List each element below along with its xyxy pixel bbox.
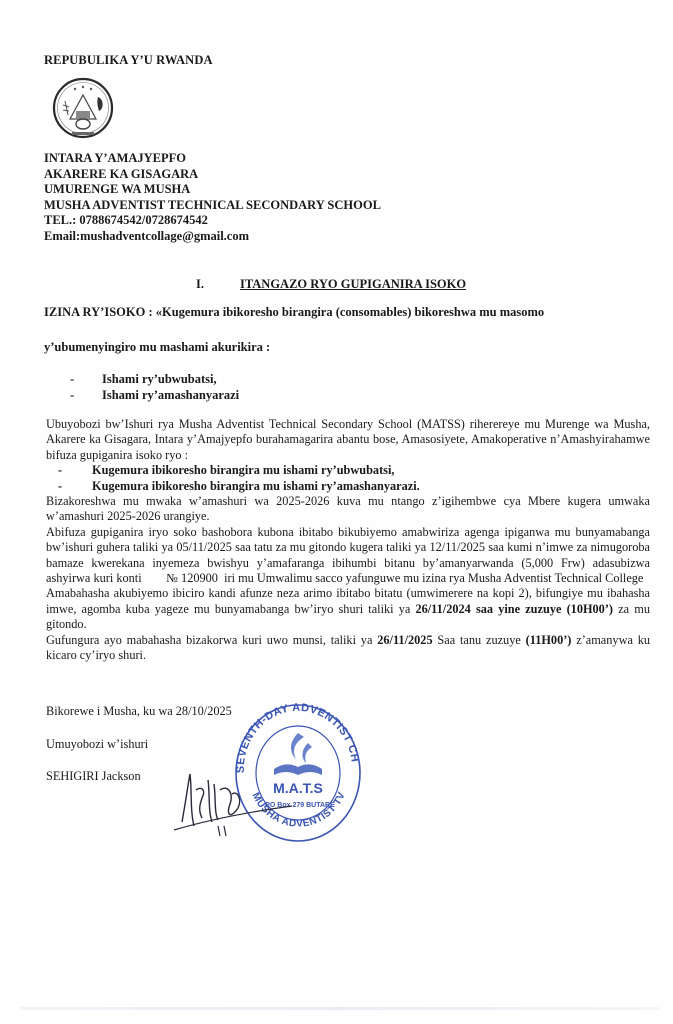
documents-paragraph: Abifuza gupiganira iryo soko bashobora k… <box>46 525 650 587</box>
school-name-line: MUSHA ADVENTIST TECHNICAL SECONDARY SCHO… <box>44 198 381 214</box>
section-number: I. <box>196 277 240 292</box>
tender-name-line2: y’ubumenyingiro mu mashami akurikira : <box>44 340 270 355</box>
tender-name-line1: IZINA RY’ISOKO : «Kugemura ibikoresho bi… <box>44 305 654 320</box>
country-heading: REPUBULIKA Y’U RWANDA <box>44 53 213 68</box>
opening-time: (11H00’) <box>526 633 572 647</box>
signatory-name: SEHIGIRI Jackson <box>46 769 141 784</box>
handwritten-signature <box>168 760 298 840</box>
list-item: -Kugemura ibikoresho birangira mu ishami… <box>46 479 650 494</box>
list-item: -Kugemura ibikoresho birangira mu ishami… <box>46 463 650 478</box>
announcement-body: Ubuyobozi bw’Ishuri rya Musha Adventist … <box>46 417 650 664</box>
submission-deadline: 26/11/2024 saa yine zuzuye (10H00’) <box>415 602 613 616</box>
account-number: № 120900 <box>166 571 218 585</box>
rwanda-coat-of-arms-icon <box>48 75 118 145</box>
district-line: AKARERE KA GISAGARA <box>44 167 381 183</box>
section-title: ITANGAZO RYO GUPIGANIRA ISOKO <box>240 277 466 291</box>
opening-paragraph: Gufungura ayo mabahasha bizakorwa kuri u… <box>46 633 650 664</box>
section-heading: I.ITANGAZO RYO GUPIGANIRA ISOKO <box>196 277 466 292</box>
province-line: INTARA Y’AMAJYEPFO <box>44 151 381 167</box>
list-item: -Ishami ry’amashanyarazi <box>70 388 239 404</box>
scan-artifact <box>20 1007 660 1010</box>
list-item: -Ishami ry’ubwubatsi, <box>70 372 239 388</box>
intro-paragraph: Ubuyobozi bw’Ishuri rya Musha Adventist … <box>46 417 650 463</box>
phone-line: TEL.: 0788674542/0728674542 <box>44 213 381 229</box>
signatory-role: Umuyobozi w’ishuri <box>46 737 148 752</box>
school-address-block: INTARA Y’AMAJYEPFO AKARERE KA GISAGARA U… <box>44 151 381 245</box>
document-page: REPUBULIKA Y’U RWANDA INTARA Y’AMAJYEPFO… <box>0 0 673 1024</box>
department-list: -Ishami ry’ubwubatsi, -Ishami ry’amashan… <box>70 372 239 403</box>
submission-paragraph: Amabahasha akubiyemo ibiciro kandi afunz… <box>46 586 650 632</box>
opening-date: 26/11/2025 <box>377 633 432 647</box>
place-date: Bikorewe i Musha, ku wa 28/10/2025 <box>46 704 232 719</box>
sector-line: UMURENGE WA MUSHA <box>44 182 381 198</box>
email-line: Email:mushadventcollage@gmail.com <box>44 229 381 245</box>
usage-paragraph: Bizakoreshwa mu mwaka w’amashuri wa 2025… <box>46 494 650 525</box>
